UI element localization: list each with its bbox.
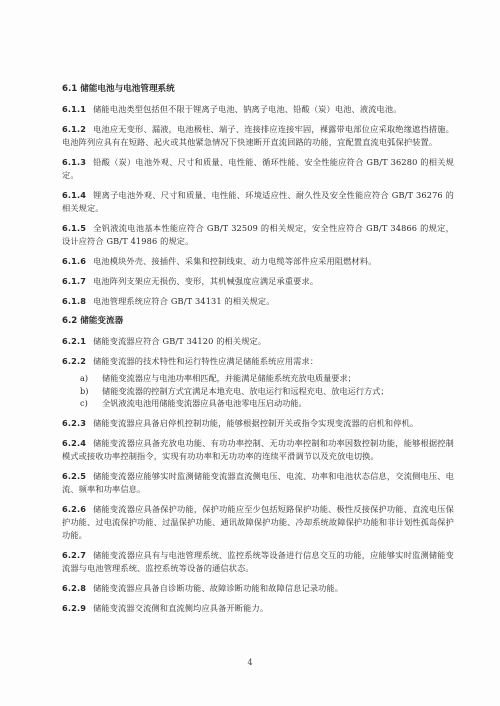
clause-6-2-2: 6.2.2储能变流器的技术特性和运行特性应满足储能系统应用需求：: [62, 355, 454, 368]
clause-6-1-5: 6.1.5全钒液流电池基本性能应符合 GB/T 32509 的相关规定，安全性应…: [62, 222, 454, 248]
clause-number: 6.1.6: [62, 256, 86, 266]
document-page: 6.1 储能电池与电池管理系统 6.1.1储能电池类型包括但不限于锂离子电池、钠…: [0, 0, 500, 706]
clause-text: 储能变流器应具备启停机控制功能，能够根据控制开关或指令实现变流器的启机和停机。: [93, 418, 418, 428]
clause-6-1-1: 6.1.1储能电池类型包括但不限于锂离子电池、钠离子电池、铅酸（炭）电池、液流电…: [62, 103, 454, 116]
list-item-b: b)储能变流器的控制方式宜满足本地充电、放电运行和远程充电、放电运行方式；: [62, 385, 454, 398]
clause-number: 6.1.2: [62, 124, 86, 134]
clause-6-2-4: 6.2.4储能变流器应具备充放电功能、有功功率控制、无功功率控制和功率因数控制功…: [62, 437, 454, 463]
clause-6-2-2-list: a)储能变流器应与电池功率相匹配，并能满足储能系统充放电质量要求； b)储能变流…: [62, 372, 454, 410]
clause-text: 储能变流器应具有与电池管理系统、监控系统等设备进行信息交互的功能，应能够实时监测…: [62, 550, 454, 573]
clause-6-2-9: 6.2.9储能变流器交流侧和直流侧均应具备开断能力。: [62, 602, 454, 615]
list-item-a: a)储能变流器应与电池功率相匹配，并能满足储能系统充放电质量要求；: [62, 372, 454, 385]
clause-6-1-6: 6.1.6电池模块外壳、接插件、采集和控制线束、动力电缆等部件应采用阻燃材料。: [62, 255, 454, 268]
clause-6-1-7: 6.1.7电池阵列支架应无损伤、变形，其机械强度应满足承重要求。: [62, 275, 454, 288]
clause-text: 铅酸（炭）电池外观、尺寸和质量、电性能、循环性能、安全性能应符合 GB/T 36…: [62, 157, 454, 180]
list-marker: c): [80, 397, 102, 410]
section-heading-6-2: 6.2 储能变流器: [62, 315, 454, 327]
page-number: 4: [0, 658, 500, 667]
clause-text: 电池阵列支架应无损伤、变形，其机械强度应满足承重要求。: [93, 276, 318, 286]
clause-6-1-2: 6.1.2电池应无变形、漏液，电池极柱、端子、连接排应连接牢固，裸露带电部位应采…: [62, 123, 454, 149]
clause-number: 6.2.3: [62, 418, 86, 428]
clause-text: 电池管理系统应符合 GB/T 34131 的相关规定。: [93, 296, 275, 306]
clause-number: 6.2.1: [62, 336, 86, 346]
clause-text: 储能变流器的技术特性和运行特性应满足储能系统应用需求：: [93, 356, 318, 366]
clause-text: 储能电池类型包括但不限于锂离子电池、钠离子电池、铅酸（炭）电池、液流电池。: [93, 104, 402, 114]
clause-number: 6.2.4: [62, 438, 86, 448]
clause-6-2-8: 6.2.8储能变流器应具备自诊断功能、故障诊断功能和故障信息记录功能。: [62, 582, 454, 595]
clause-text: 电池应无变形、漏液，电池极柱、端子、连接排应连接牢固，裸露带电部位应采取绝缘遮挡…: [62, 124, 454, 147]
list-marker: b): [80, 385, 102, 398]
clause-6-2-7: 6.2.7储能变流器应具有与电池管理系统、监控系统等设备进行信息交互的功能，应能…: [62, 549, 454, 575]
clause-6-1-8: 6.1.8电池管理系统应符合 GB/T 34131 的相关规定。: [62, 295, 454, 308]
clause-6-2-5: 6.2.5储能变流器应能够实时监测储能变流器直流侧电压、电流、功率和电池状态信息…: [62, 470, 454, 496]
clause-number: 6.1.3: [62, 157, 86, 167]
clause-number: 6.2.8: [62, 583, 86, 593]
clause-6-2-3: 6.2.3储能变流器应具备启停机控制功能，能够根据控制开关或指令实现变流器的启机…: [62, 417, 454, 430]
section-heading-6-1: 6.1 储能电池与电池管理系统: [62, 83, 454, 95]
clause-text: 电池模块外壳、接插件、采集和控制线束、动力电缆等部件应采用阻燃材料。: [93, 256, 376, 266]
list-item-c: c)全钒液流电池用储能变流器应具备电池零电压启动功能。: [62, 397, 454, 410]
clause-text: 全钒液流电池基本性能应符合 GB/T 32509 的相关规定，安全性应符合 GB…: [62, 223, 454, 246]
clause-6-2-1: 6.2.1储能变流器应符合 GB/T 34120 的相关规定。: [62, 335, 454, 348]
clause-6-1-3: 6.1.3铅酸（炭）电池外观、尺寸和质量、电性能、循环性能、安全性能应符合 GB…: [62, 156, 454, 182]
clause-6-1-4: 6.1.4锂离子电池外观、尺寸和质量、电性能、环境适应性、耐久性及安全性能应符合…: [62, 189, 454, 215]
clause-number: 6.1.7: [62, 276, 86, 286]
clause-text: 锂离子电池外观、尺寸和质量、电性能、环境适应性、耐久性及安全性能应符合 GB/T…: [62, 190, 454, 213]
clause-number: 6.2.2: [62, 356, 86, 366]
clause-number: 6.2.9: [62, 603, 86, 613]
clause-text: 储能变流器应能够实时监测储能变流器直流侧电压、电流、功率和电池状态信息，交流侧电…: [62, 471, 454, 494]
clause-number: 6.1.5: [62, 223, 86, 233]
list-item-text: 储能变流器的控制方式宜满足本地充电、放电运行和远程充电、放电运行方式；: [102, 386, 389, 396]
clause-number: 6.1.1: [62, 104, 86, 114]
clause-number: 6.1.8: [62, 296, 86, 306]
list-item-text: 全钒液流电池用储能变流器应具备电池零电压启动功能。: [102, 398, 307, 408]
clause-number: 6.2.5: [62, 471, 86, 481]
list-marker: a): [80, 372, 102, 385]
clause-6-2-6: 6.2.6储能变流器应具备保护功能，保护功能应至少包括短路保护功能、极性反接保护…: [62, 503, 454, 542]
list-item-text: 储能变流器应与电池功率相匹配，并能满足储能系统充放电质量要求；: [102, 373, 356, 383]
clause-text: 储能变流器应符合 GB/T 34120 的相关规定。: [93, 336, 266, 346]
clause-text: 储能变流器应具备保护功能，保护功能应至少包括短路保护功能、极性反接保护功能、直流…: [62, 504, 454, 540]
clause-text: 储能变流器交流侧和直流侧均应具备开断能力。: [93, 603, 268, 613]
clause-number: 6.2.7: [62, 550, 86, 560]
clause-number: 6.1.4: [62, 190, 86, 200]
page-content: 6.1 储能电池与电池管理系统 6.1.1储能电池类型包括但不限于锂离子电池、钠…: [62, 83, 454, 622]
clause-text: 储能变流器应具备充放电功能、有功功率控制、无功功率控制和功率因数控制功能，能够根…: [62, 438, 454, 461]
clause-number: 6.2.6: [62, 504, 86, 514]
clause-text: 储能变流器应具备自诊断功能、故障诊断功能和故障信息记录功能。: [93, 583, 343, 593]
